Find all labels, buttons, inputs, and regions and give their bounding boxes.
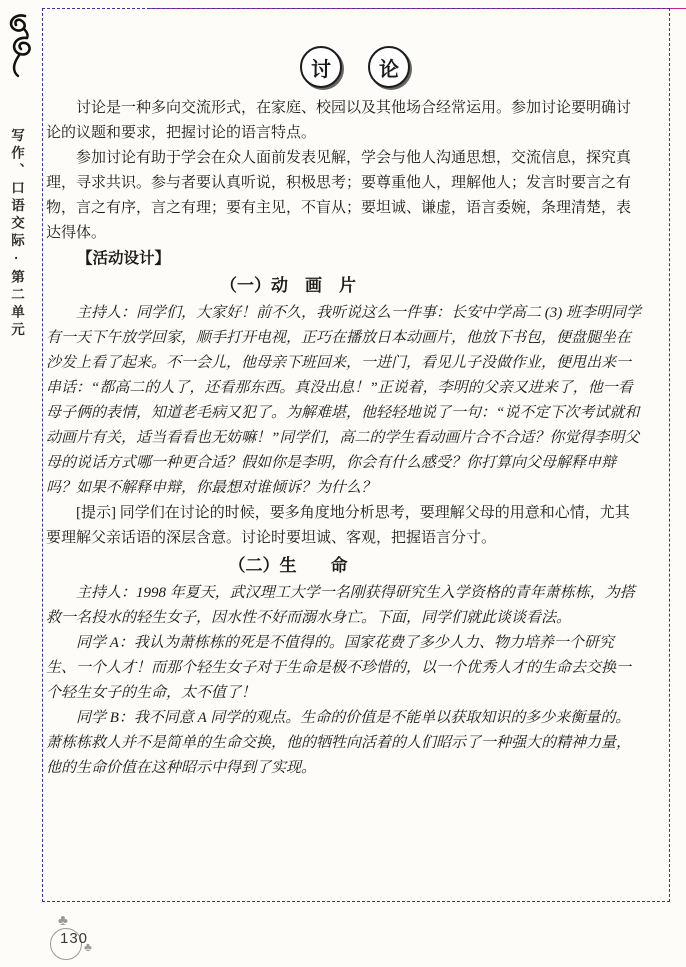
floral-ornament-icon	[4, 12, 44, 78]
textbook-page: { "page": { "sidebar_text": "写作、口语交际·第二单…	[0, 0, 686, 967]
activity-design-heading: 【活动设计】	[46, 246, 642, 271]
host-paragraph: 主持人：1998 年夏天，武汉理工大学一名刚获得研究生入学资格的青年萧栋栋，为搭…	[46, 581, 642, 631]
clover-icon: ♣	[58, 912, 68, 929]
student-a-paragraph: 同学 A：我认为萧栋栋的死是不值得的。国家花费了多少人力、物力培养一个研究生、一…	[46, 631, 642, 706]
clover-icon: ♣	[84, 940, 92, 954]
title-circle-char: 论	[368, 46, 410, 88]
page-title: 讨 论	[42, 46, 668, 88]
host-paragraph: 主持人：同学们，大家好！前不久，我听说这么一件事：长安中学高二 (3) 班李明同…	[46, 301, 642, 501]
main-text-column: 讨论是一种多向交流形式，在家庭、校园以及其他场合经常运用。参加讨论要明确讨论的议…	[46, 96, 642, 781]
section-heading-2: （二）生 命	[46, 551, 496, 581]
hint-paragraph: [提示] 同学们在讨论的时候，要多角度地分析思考，要理解父母的用意和心情，尤其要…	[46, 501, 642, 551]
intro-paragraph: 参加讨论有助于学会在众人面前发表见解，学会与他人沟通思想，交流信息，探究真理，寻…	[46, 146, 642, 246]
page-number-ornament: ♣ 130 ♣	[46, 916, 116, 962]
section-heading-1: （一）动 画 片	[46, 271, 496, 301]
student-b-paragraph: 同学 B：我不同意 A 同学的观点。生命的价值是不能单以获取知识的多少来衡量的。…	[46, 706, 642, 781]
title-circle-char: 讨	[300, 46, 342, 88]
chapter-sidebar-label: 写作、口语交际·第二单元	[6, 128, 26, 388]
intro-paragraph: 讨论是一种多向交流形式，在家庭、校园以及其他场合经常运用。参加讨论要明确讨论的议…	[46, 96, 642, 146]
